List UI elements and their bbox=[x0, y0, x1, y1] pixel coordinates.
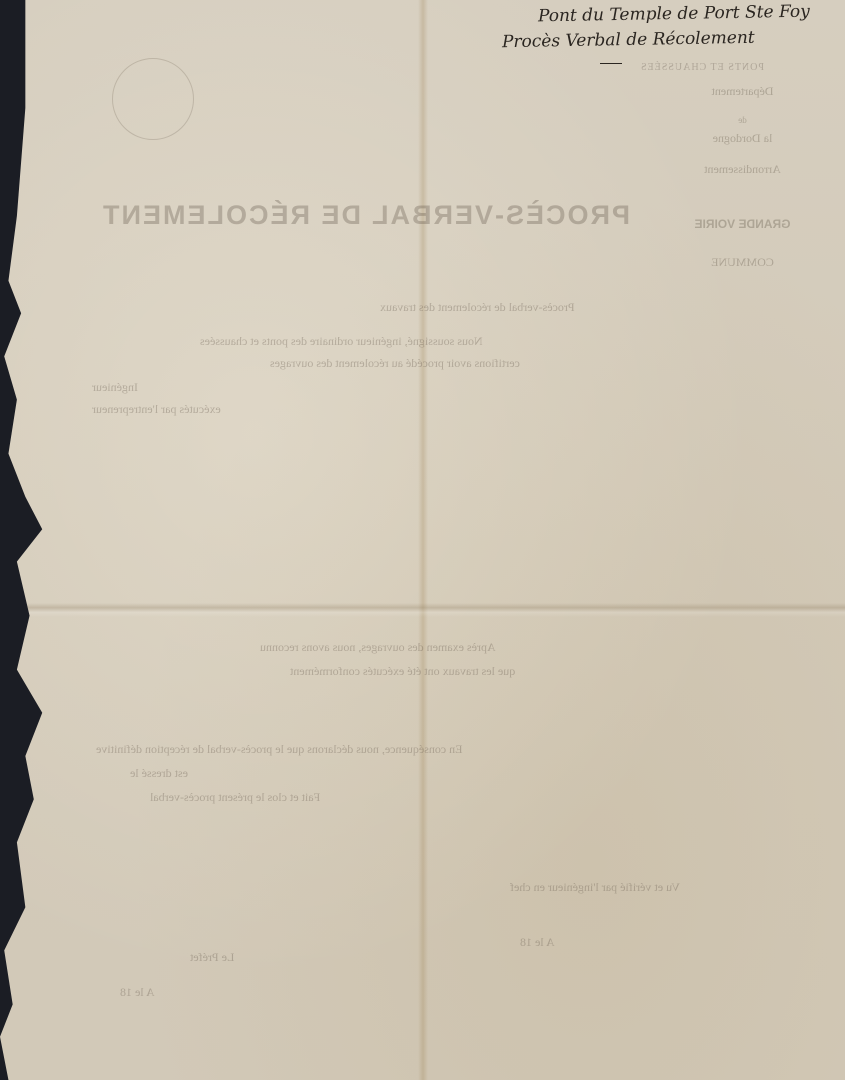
document-page: Pont du Temple de Port Ste Foy Procès Ve… bbox=[0, 0, 845, 1080]
handwritten-line-2: Procès Verbal de Récolement bbox=[502, 28, 755, 52]
handwritten-line-1: Pont du Temple de Port Ste Foy bbox=[538, 2, 810, 27]
faint-stamp-circle bbox=[112, 58, 194, 140]
bleed-body-line: Procès-verbal de récolement des travaux bbox=[380, 300, 575, 315]
bleed-margin-departement: Département bbox=[640, 84, 845, 99]
bleed-through-title: PROCÈS-VERBAL DE RÉCOLEMENT bbox=[110, 200, 630, 231]
bleed-body-line: Nous soussigné, ingénieur ordinaire des … bbox=[200, 334, 483, 349]
bleed-margin-de: de bbox=[640, 115, 845, 125]
horizontal-fold bbox=[0, 603, 845, 617]
bleed-body-line: A le 18 bbox=[120, 985, 155, 1000]
bleed-body-line: Fait et clos le présent procès-verbal bbox=[150, 790, 320, 805]
bleed-body-line: Le Préfet bbox=[190, 950, 234, 965]
bleed-body-line: Après examen des ouvrages, nous avons re… bbox=[260, 640, 496, 655]
vertical-fold bbox=[418, 0, 428, 1080]
bleed-body-line: exécutés par l'entrepreneur bbox=[92, 402, 221, 417]
bleed-body-line: est dressé le bbox=[130, 766, 188, 781]
bleed-body-line: certifions avoir procédé au récolement d… bbox=[270, 356, 520, 371]
bleed-margin-commune: COMMUNE bbox=[640, 255, 845, 270]
bleed-margin-header: PONTS ET CHAUSSÉES bbox=[640, 62, 764, 73]
handwritten-underline bbox=[600, 63, 622, 64]
bleed-through-margin-block: Département de la Dordogne Arrondissemen… bbox=[640, 84, 845, 286]
bleed-body-line: que les travaux ont été exécutés conform… bbox=[290, 664, 515, 679]
bleed-margin-dept-name: la Dordogne bbox=[640, 131, 845, 146]
bleed-body-line: A le 18 bbox=[520, 935, 555, 950]
bleed-body-line: Ingénieur bbox=[92, 380, 138, 395]
bleed-margin-arrondissement: Arrondissement bbox=[640, 162, 845, 177]
bleed-body-line: En conséquence, nous déclarons que le pr… bbox=[96, 742, 463, 757]
bleed-body-line: Vu et vérifié par l'ingénieur en chef bbox=[510, 880, 680, 895]
bleed-margin-voirie: GRANDE VOIRIE bbox=[640, 217, 845, 231]
